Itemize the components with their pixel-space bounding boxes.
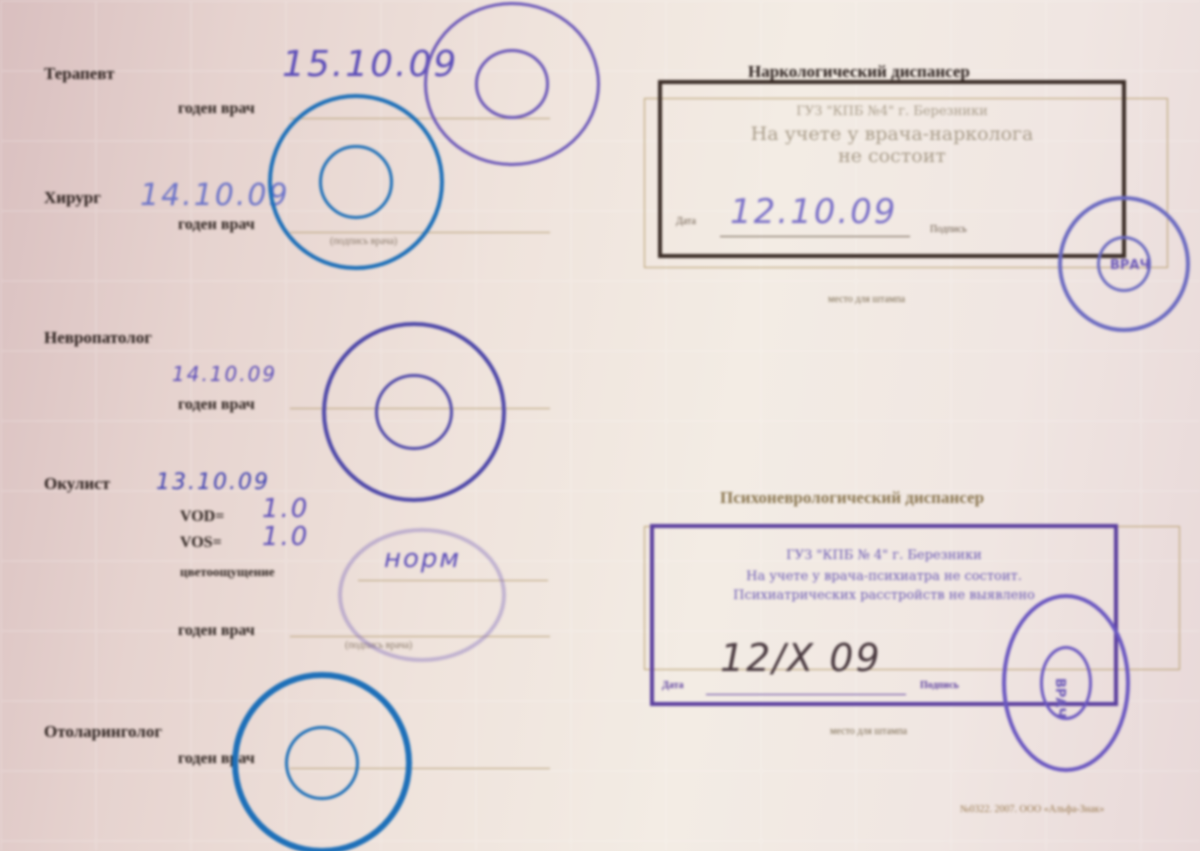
narcology-stamp-line-3: не состоит <box>662 145 1122 167</box>
narcology-stamp-line-1: ГУЗ "КПБ №4" г. Березники <box>662 104 1122 119</box>
form-footer: №0322. 2007. ООО «Альфа-Знак» <box>960 804 1104 815</box>
vod-value: 1.0 <box>262 494 309 524</box>
round-stamp-therapist <box>268 94 444 270</box>
narcology-sign-label: Подпись <box>930 224 967 235</box>
oculist-date: 13.10.09 <box>156 470 270 495</box>
round-stamp-otolaryngologist <box>232 672 412 851</box>
therapist-label: Терапевт <box>44 64 114 84</box>
psycho-date: 12/X 09 <box>720 636 882 680</box>
psycho-stamp-line-2: На учете у врача-психиатра не состоит. <box>654 569 1114 584</box>
vos-value: 1.0 <box>262 522 309 552</box>
psycho-date-label: Дата <box>662 680 684 691</box>
surgeon-verdict: годен врач <box>178 216 255 234</box>
oculist-verdict: годен врач <box>178 622 255 640</box>
psycho-date-line <box>706 694 906 695</box>
neurologist-verdict: годен врач <box>178 396 255 414</box>
psycho-place-caption: место для штампа <box>830 726 907 737</box>
therapist-verdict: годен врач <box>178 100 255 118</box>
surgeon-label: Хирург <box>44 188 101 208</box>
color-perception-label: цветоощущение <box>180 564 274 580</box>
vod-label: VOD= <box>180 508 224 526</box>
medical-certificate-page: Терапевт годен врач 15.10.09 Хирург годе… <box>0 0 1200 851</box>
round-stamp-top <box>424 2 600 166</box>
narcology-heading: Наркологический диспансер <box>748 62 970 82</box>
oculist-label: Окулист <box>44 474 110 494</box>
vos-label: VOS= <box>180 534 222 552</box>
psycho-heading: Психоневрологический диспансер <box>720 488 984 508</box>
psycho-stamp-line-1: ГУЗ "КПБ № 4" г. Березники <box>654 548 1114 563</box>
round-stamp-psycho: ВРАЧ <box>1002 594 1130 772</box>
otolaryngologist-label: Отоларинголог <box>44 722 162 742</box>
round-stamp-narcology: ВРАЧ <box>1058 196 1190 332</box>
round-stamp-narcology-text: ВРАЧ <box>1110 258 1150 273</box>
neurologist-date: 14.10.09 <box>172 362 277 386</box>
narcology-date-label: Дата <box>676 216 696 227</box>
narcology-stamp-line-2: На учете у врача-нарколога <box>662 123 1122 145</box>
narcology-date-line <box>720 236 910 237</box>
round-stamp-neurologist <box>322 322 506 502</box>
neurologist-label: Невропатолог <box>44 328 152 348</box>
narcology-place-caption: место для штампа <box>828 294 905 305</box>
narcology-date: 12.10.09 <box>730 192 897 232</box>
psycho-sign-label: Подпись <box>920 680 959 691</box>
round-stamp-oculist <box>338 528 506 662</box>
round-stamp-psycho-text: ВРАЧ <box>1052 678 1067 718</box>
